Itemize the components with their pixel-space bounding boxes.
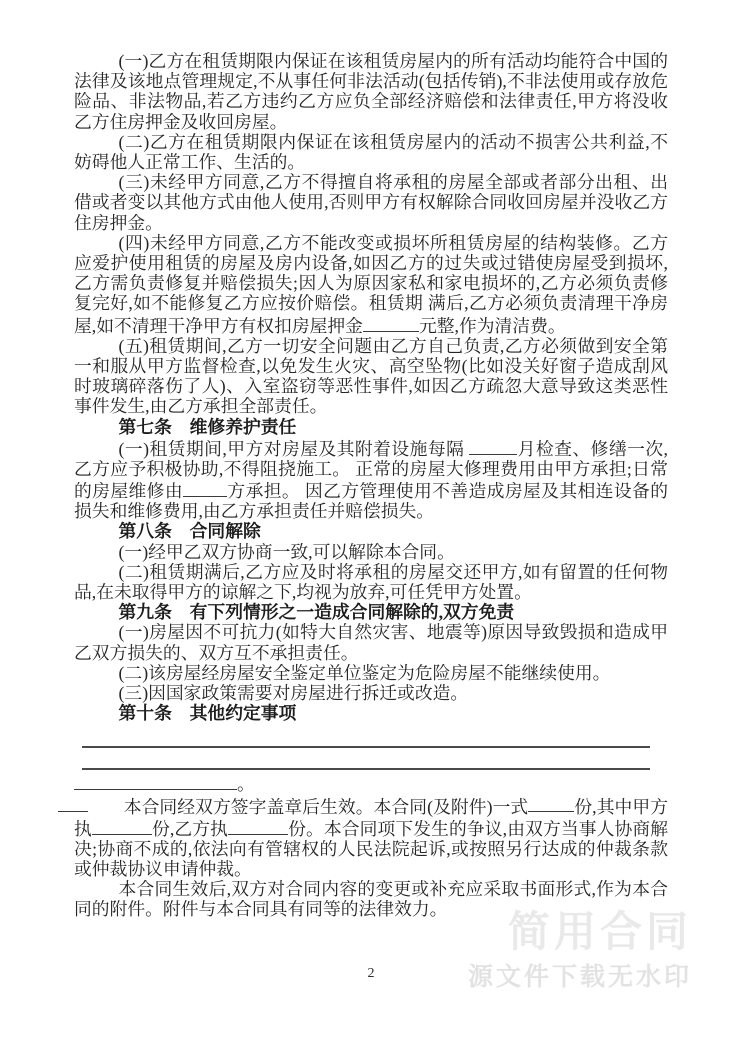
blank-rule-line — [82, 750, 650, 770]
section-heading: 第七条 维修养护责任 — [74, 417, 668, 437]
fill-in-blank — [228, 817, 288, 835]
page-number: 2 — [0, 966, 742, 982]
contract-paragraph: (一)乙方在租赁期限内保证在该租赁房屋内的所有活动均能符合中国的法律及该地点管理… — [74, 51, 668, 132]
fill-in-blank — [469, 437, 517, 455]
fill-in-blank — [363, 314, 419, 332]
contract-paragraph: 本合同生效后,双方对合同内容的变更或补充应采取书面形式,作为本合同的附件。附件与… — [74, 879, 668, 919]
contract-paragraph: (三)未经甲方同意,乙方不得擅自将承租的房屋全部或者部分出租、出借或者变以其他方… — [74, 172, 668, 233]
section-heading: 第九条 有下列情形之一造成合同解除的,双方免责 — [74, 602, 668, 622]
contract-paragraph: (二)该房屋经房屋安全鉴定单位鉴定为危险房屋不能继续使用。 — [74, 663, 668, 683]
fill-in-blank — [183, 479, 227, 497]
contract-paragraph: (二)乙方在租赁期限内保证在该租赁房屋内的活动不损害公共利益,不妨碍他人正常工作… — [74, 132, 668, 172]
contract-body: (一)乙方在租赁期限内保证在该租赁房屋内的所有活动均能符合中国的法律及该地点管理… — [74, 51, 668, 920]
section-heading: 第八条 合同解除 — [74, 521, 668, 541]
contract-paragraph: (三)因国家政策需要对房屋进行拆迁或改造。 — [74, 683, 668, 703]
fill-in-blank — [92, 817, 152, 835]
document-page: (一)乙方在租赁期限内保证在该租赁房屋内的所有活动均能符合中国的法律及该地点管理… — [0, 0, 742, 1049]
contract-paragraph: 。 — [74, 772, 668, 794]
contract-paragraph: (四)未经甲方同意,乙方不能改变或损坏所租赁房屋的结构装修。乙方应爱护使用租赁的… — [74, 233, 668, 336]
blank-rule-line — [82, 728, 650, 748]
contract-paragraph: 本合同经双方签字盖章后生效。本合同(及附件)一式份,其中甲方执份,乙方执份。本合… — [74, 795, 668, 880]
contract-paragraph: (一)经甲乙双方协商一致,可以解除本合同。 — [74, 542, 668, 562]
fill-in-blank — [528, 795, 574, 813]
contract-paragraph: (二)租赁期满后,乙方应及时将承租的房屋交还甲方,如有留置的任何物品,在未取得甲… — [74, 562, 668, 602]
contract-paragraph: (五)租赁期间,乙方一切安全问题由乙方自己负责,乙方必须做到安全第一和服从甲方监… — [74, 336, 668, 417]
contract-paragraph: (一)租赁期间,甲方对房屋及其附着设施每隔 月检查、修缮一次,乙方应予积极协助,… — [74, 437, 668, 522]
fill-in-blank — [58, 795, 88, 813]
section-heading: 第十条 其他约定事项 — [74, 703, 668, 723]
fill-in-blank — [74, 772, 237, 790]
contract-paragraph: (一)房屋因不可抗力(如特大自然灾害、地震等)原因导致毁损和造成甲乙双方损失的、… — [74, 622, 668, 662]
